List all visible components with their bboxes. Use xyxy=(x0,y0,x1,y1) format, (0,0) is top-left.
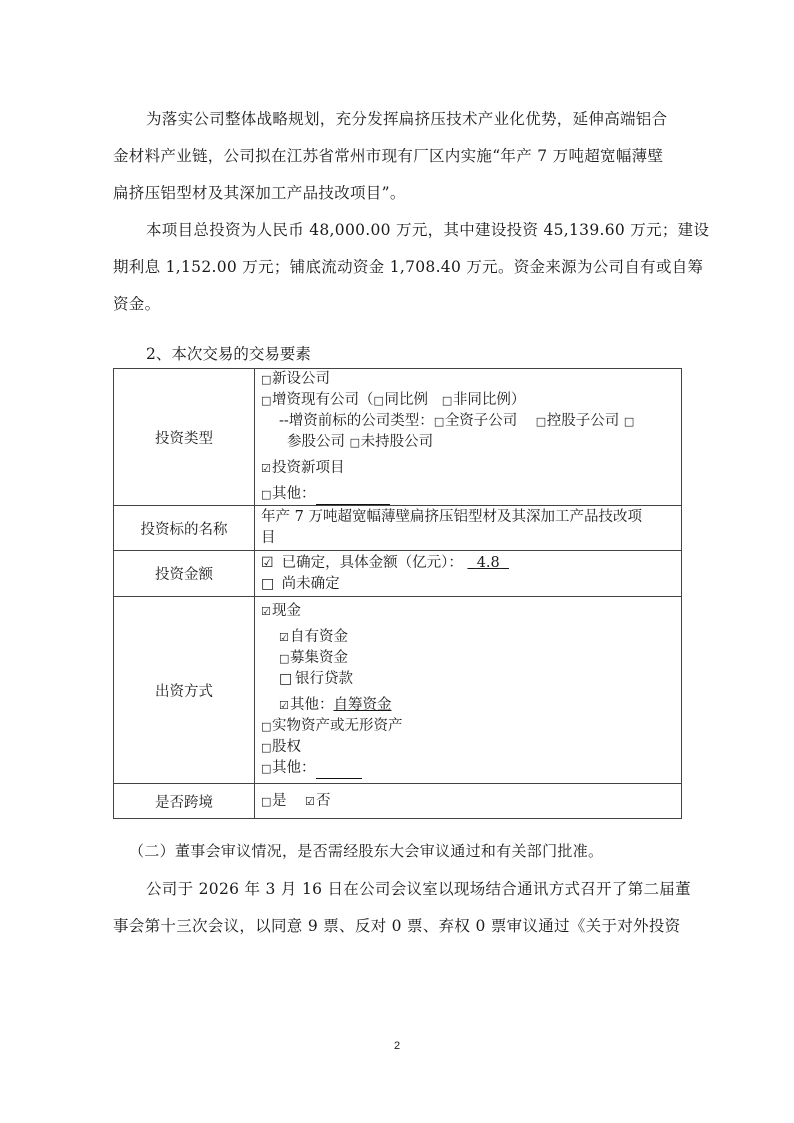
option-other-funding[interactable]: □其他： xyxy=(261,758,677,779)
option-target-type: --增资前标的公司类型：□全资子公司 □控股子公司 □ xyxy=(261,411,677,432)
checkbox-unchecked-icon[interactable]: □ xyxy=(261,390,272,411)
text-line: 扁挤压铝型材及其深加工产品技改项目”。 xyxy=(113,175,683,212)
section-heading: 2、本次交易的交易要素 xyxy=(146,342,311,364)
checkbox-unchecked-icon[interactable]: □ xyxy=(261,791,272,812)
option-own-funds[interactable]: ☑自有资金 xyxy=(261,627,677,648)
option-target-type-cont: 参股公司 □未持股公司 xyxy=(261,432,677,453)
checkbox-unchecked-icon[interactable]: □ xyxy=(374,390,385,411)
table-row-target-name: 投资标的名称 年产 7 万吨超宽幅薄壁扁挤压铝型材及其深加工产品技改项 目 xyxy=(114,506,682,551)
checkbox-unchecked-icon[interactable]: □ xyxy=(261,574,277,595)
option-yes[interactable]: □是 xyxy=(261,793,287,809)
row-content: ☑ 已确定，具体金额（亿元）： 4.8 □ 尚未确定 xyxy=(255,551,682,597)
row-label: 是否跨境 xyxy=(114,784,255,819)
other-funds-value: 自筹资金 xyxy=(334,697,392,713)
option-cash[interactable]: ☑现金 xyxy=(261,601,677,622)
amount-value: 4.8 xyxy=(467,555,509,571)
text-line: 为落实公司整体战略规划，充分发挥扁挤压技术产业化优势，延伸高端铝合 xyxy=(113,101,683,138)
other-blank-field[interactable] xyxy=(316,764,362,779)
option-undetermined[interactable]: □ 尚未确定 xyxy=(261,574,677,595)
option-other[interactable]: □其他： xyxy=(261,484,677,505)
option-equity[interactable]: □股权 xyxy=(261,737,677,758)
checkbox-unchecked-icon[interactable]: □ xyxy=(261,737,272,758)
transaction-elements-table: 投资类型 □新设公司 □增资现有公司（□同比例 □非同比例） --增资前标的公司… xyxy=(113,368,682,819)
checkbox-checked-icon[interactable]: ☑ xyxy=(261,601,272,622)
checkbox-checked-icon[interactable]: ☑ xyxy=(279,627,290,648)
checkbox-checked-icon[interactable]: ☑ xyxy=(279,695,290,716)
row-label: 投资标的名称 xyxy=(114,506,255,551)
row-label: 投资金额 xyxy=(114,551,255,597)
checkbox-checked-icon[interactable]: ☑ xyxy=(261,458,272,479)
text-line: 本项目总投资为人民币 48,000.00 万元，其中建设投资 45,139.60… xyxy=(113,212,683,249)
option-cash-other[interactable]: ☑其他：自筹资金 xyxy=(261,695,677,716)
checkbox-unchecked-icon[interactable]: □ xyxy=(279,648,290,669)
option-new-company[interactable]: □新设公司 xyxy=(261,369,677,390)
row-content: □是 ☑否 xyxy=(255,784,682,819)
table-row-funding-method: 出资方式 ☑现金 ☑自有资金 □募集资金 □银行贷款 ☑其他：自筹资金 □实物资… xyxy=(114,597,682,784)
text-line: 公司于 2026 年 3 月 16 日在公司会议室以现场结合通讯方式召开了第二届… xyxy=(113,871,683,908)
table-row-investment-type: 投资类型 □新设公司 □增资现有公司（□同比例 □非同比例） --增资前标的公司… xyxy=(114,369,682,506)
checkbox-unchecked-icon[interactable]: □ xyxy=(350,432,361,453)
option-determined[interactable]: ☑ 已确定，具体金额（亿元）： 4.8 xyxy=(261,553,677,574)
text-line: （二）董事会审议情况，是否需经股东大会审议通过和有关部门批准。 xyxy=(113,833,683,870)
checkbox-unchecked-icon[interactable]: □ xyxy=(624,411,635,432)
checkbox-unchecked-icon[interactable]: □ xyxy=(261,758,272,779)
checkbox-unchecked-icon[interactable]: □ xyxy=(261,369,272,390)
option-no[interactable]: ☑否 xyxy=(305,793,331,809)
text-line: 金材料产业链，公司拟在江苏省常州市现有厂区内实施“年产 7 万吨超宽幅薄壁 xyxy=(113,138,683,175)
checkbox-checked-icon[interactable]: ☑ xyxy=(305,791,316,812)
checkbox-unchecked-icon[interactable]: □ xyxy=(434,411,445,432)
paragraph-investment-total: 本项目总投资为人民币 48,000.00 万元，其中建设投资 45,139.60… xyxy=(113,212,683,323)
option-capital-increase[interactable]: □增资现有公司（□同比例 □非同比例） xyxy=(261,390,677,411)
board-review-heading: （二）董事会审议情况，是否需经股东大会审议通过和有关部门批准。 xyxy=(113,833,683,870)
option-physical-assets[interactable]: □实物资产或无形资产 xyxy=(261,716,677,737)
checkbox-unchecked-icon[interactable]: □ xyxy=(442,390,453,411)
text-line: 事会第十三次会议，以同意 9 票、反对 0 票、弃权 0 票审议通过《关于对外投… xyxy=(113,908,683,945)
text-line: 期利息 1,152.00 万元；铺底流动资金 1,708.40 万元。资金来源为… xyxy=(113,249,683,286)
checkbox-unchecked-icon[interactable]: □ xyxy=(261,484,272,505)
page-number: 2 xyxy=(0,1040,794,1052)
row-label: 投资类型 xyxy=(114,369,255,506)
text-line: 资金。 xyxy=(113,286,683,323)
option-new-project[interactable]: ☑投资新项目 xyxy=(261,458,677,479)
checkbox-checked-icon[interactable]: ☑ xyxy=(261,553,277,574)
checkbox-unchecked-icon[interactable]: □ xyxy=(279,669,295,690)
option-raised-funds[interactable]: □募集资金 xyxy=(261,648,677,669)
row-content: ☑现金 ☑自有资金 □募集资金 □银行贷款 ☑其他：自筹资金 □实物资产或无形资… xyxy=(255,597,682,784)
paragraph-board-meeting: 公司于 2026 年 3 月 16 日在公司会议室以现场结合通讯方式召开了第二届… xyxy=(113,871,683,945)
checkbox-unchecked-icon[interactable]: □ xyxy=(261,716,272,737)
checkbox-unchecked-icon[interactable]: □ xyxy=(536,411,547,432)
paragraph-project-intro: 为落实公司整体战略规划，充分发挥扁挤压技术产业化优势，延伸高端铝合 金材料产业链… xyxy=(113,101,683,212)
table-row-investment-amount: 投资金额 ☑ 已确定，具体金额（亿元）： 4.8 □ 尚未确定 xyxy=(114,551,682,597)
row-content: □新设公司 □增资现有公司（□同比例 □非同比例） --增资前标的公司类型：□全… xyxy=(255,369,682,506)
table-row-cross-border: 是否跨境 □是 ☑否 xyxy=(114,784,682,819)
row-label: 出资方式 xyxy=(114,597,255,784)
row-content: 年产 7 万吨超宽幅薄壁扁挤压铝型材及其深加工产品技改项 目 xyxy=(255,506,682,551)
other-blank-field[interactable] xyxy=(316,490,390,505)
option-bank-loan[interactable]: □银行贷款 xyxy=(261,669,677,690)
